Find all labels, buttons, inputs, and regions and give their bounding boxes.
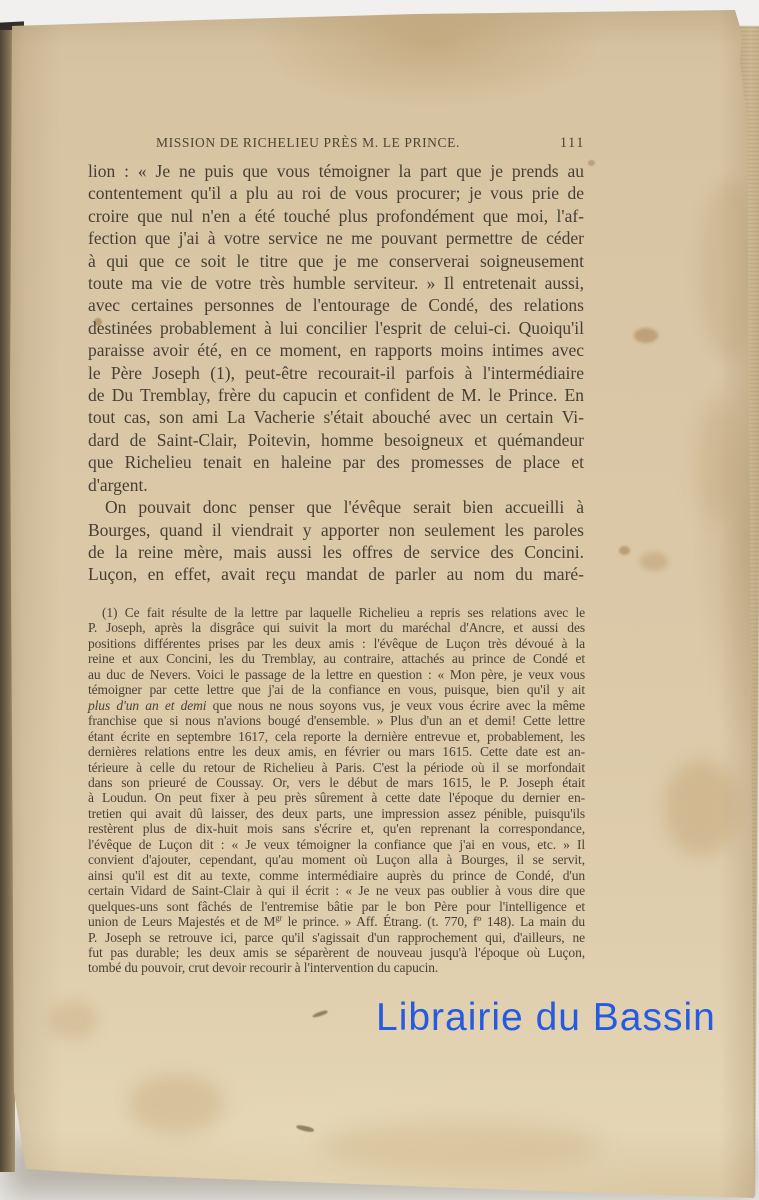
- text-line: dans son prieuré de Coussay. Or, vers le…: [88, 775, 585, 790]
- page-number: 111: [560, 135, 585, 152]
- text-line: fut pas durable; les deux amis se séparè…: [88, 945, 585, 960]
- text-line: croire que nul n'en a été touché plus pr…: [88, 205, 584, 227]
- text-line: tretien qui avait dû laisser, des deux p…: [88, 806, 585, 821]
- stain: [634, 328, 658, 343]
- text-line: paraisse avoir été, en ce moment, en rap…: [88, 339, 584, 361]
- text-line: à qui que ce soit le titre que je me con…: [88, 250, 584, 272]
- text-line: dard de Saint-Clair, Poitevin, homme bes…: [88, 429, 584, 451]
- text-line: Luçon, en effet, avait reçu mandat de pa…: [88, 563, 584, 585]
- text-line: à Loudun. On peut fixer à peu près sûrem…: [88, 790, 585, 805]
- footnote-block: (1) Ce fait résulte de la lettre par laq…: [88, 605, 585, 976]
- text-line: reine et aux Concini, les du Tremblay, a…: [88, 651, 585, 666]
- book-page: MISSION DE RICHELIEU PRÈS M. LE PRINCE. …: [0, 0, 759, 1200]
- stain: [619, 546, 630, 555]
- main-text: lion : « Je ne puis que vous témoigner l…: [88, 160, 584, 586]
- text-line: (1) Ce fait résulte de la lettre par laq…: [88, 605, 585, 620]
- stain: [696, 400, 740, 520]
- ink-mark: [296, 1124, 315, 1133]
- text-line: dernières relations entre les deux amis,…: [88, 744, 585, 759]
- text-line: d'argent.: [88, 474, 584, 496]
- stain: [128, 1074, 224, 1134]
- running-header: MISSION DE RICHELIEU PRÈS M. LE PRINCE. …: [88, 135, 585, 155]
- text-line: que Richelieu tenait en haleine par des …: [88, 451, 584, 473]
- text-line: térieure à celle du retour de Richelieu …: [88, 760, 585, 775]
- paragraph: On pouvait donc penser que l'évêque sera…: [88, 496, 584, 586]
- text-line: étant écrite en septembre 1617, cela rep…: [88, 729, 585, 744]
- text-line: union de Leurs Majestés et de Mgr le pri…: [88, 914, 585, 929]
- text-line: avec certaines personnes de l'entourage …: [88, 294, 584, 316]
- text-line: certain Vidard de Saint-Clair à qui il é…: [88, 883, 585, 898]
- text-line: de la reine mère, mais aussi les offres …: [88, 541, 584, 563]
- text-line: P. Joseph se retrouve ici, parce qu'il s…: [88, 930, 585, 945]
- text-line: P. Joseph, après la disgrâce qui suivit …: [88, 620, 585, 635]
- stain: [588, 160, 595, 166]
- text-line: le Père Joseph (1), peut-être recourait-…: [88, 362, 584, 384]
- text-line: franchise que si nous n'avions bougé d'e…: [88, 713, 585, 728]
- ink-mark: [312, 1010, 328, 1019]
- text-line: destinées probablement à lui concilier l…: [88, 317, 584, 339]
- running-header-title: MISSION DE RICHELIEU PRÈS M. LE PRINCE.: [88, 135, 528, 151]
- stain: [640, 552, 668, 571]
- text-line: témoigner par cette lettre que j'ai de l…: [88, 682, 585, 697]
- stain: [48, 1000, 98, 1040]
- text-line: contentement qu'il a plu au roi de vous …: [88, 182, 584, 204]
- text-line: fection que j'ai à votre service ne me p…: [88, 227, 584, 249]
- text-line: l'évêque de Luçon dit : « Je veux témoig…: [88, 837, 585, 852]
- text-line: convient d'ajouter, cependant, qu'au mom…: [88, 852, 585, 867]
- text-line: tout cas, son ami La Vacherie s'était ab…: [88, 406, 584, 428]
- text-line: positions différentes prises par les deu…: [88, 636, 585, 651]
- stain: [320, 1120, 600, 1172]
- text-line: tombé du pouvoir, crut devoir recourir à…: [88, 960, 585, 975]
- text-line: Bourges, quand il viendrait y apporter n…: [88, 519, 584, 541]
- stain: [664, 760, 738, 856]
- text-line: toute ma vie de votre très humble servit…: [88, 272, 584, 294]
- text-line: au duc de Nevers. Voici le passage de la…: [88, 667, 585, 682]
- text-line: On pouvait donc penser que l'évêque sera…: [88, 496, 584, 518]
- text-line: de Du Tremblay, frère du capucin et conf…: [88, 384, 584, 406]
- text-line: lion : « Je ne puis que vous témoigner l…: [88, 160, 584, 182]
- photo-background: MISSION DE RICHELIEU PRÈS M. LE PRINCE. …: [0, 0, 759, 1200]
- text-line: quelques-uns sont fâchés de l'entremise …: [88, 899, 585, 914]
- bookseller-watermark: Librairie du Bassin: [376, 996, 716, 1040]
- text-line: ainsi qu'il est dit au texte, comme inte…: [88, 868, 585, 883]
- paragraph: lion : « Je ne puis que vous témoigner l…: [88, 160, 584, 496]
- text-line: plus d'un an et demi que nous ne nous so…: [88, 698, 585, 713]
- text-line: restèrent plus de dix-huit mois sans s'é…: [88, 821, 585, 836]
